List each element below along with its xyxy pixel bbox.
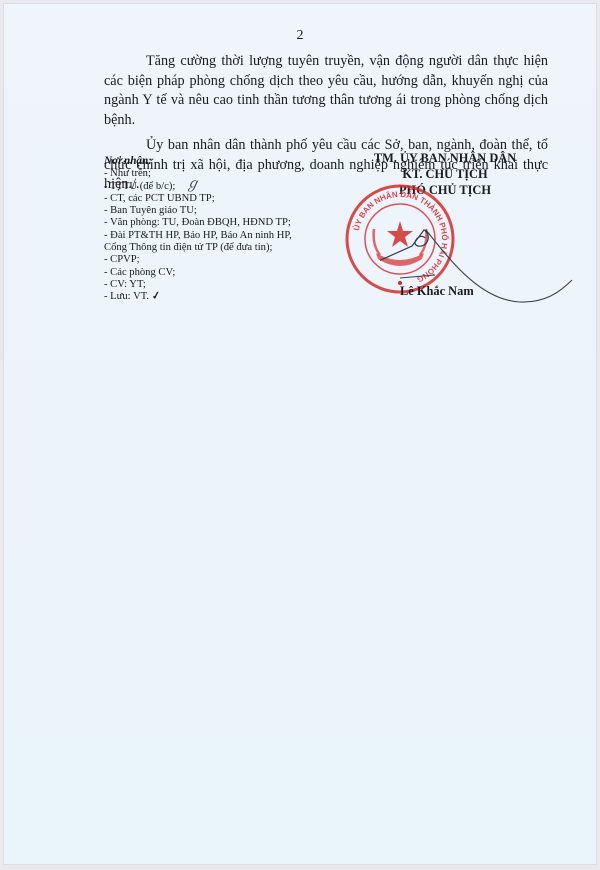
recipient-item: - Ban Tuyên giáo TU;: [104, 205, 334, 217]
signer-name: Lê Khắc Nam: [400, 284, 500, 299]
recipient-item: - Như trên;: [104, 168, 334, 180]
recipient-item: - Lưu: VT.✓: [104, 291, 334, 303]
recipients-block: Nơi nhận: - Như trên; - TTTU (để b/c); -…: [104, 155, 334, 304]
recipient-item: - Các phòng CV;: [104, 267, 334, 279]
recipient-item: Cổng Thông tin điện tử TP (để đưa tin);: [104, 242, 334, 254]
recipient-item-text: - Lưu: VT.: [104, 291, 149, 302]
checkmark-icon: ✓: [151, 291, 162, 305]
recipients-heading: Nơi nhận:: [104, 155, 334, 167]
recipient-item: - CV: YT;: [104, 279, 334, 291]
recipient-item: - CT, các PCT UBND TP;: [104, 193, 334, 205]
paragraph-propaganda: Tăng cường thời lượng tuyên truyền, vận …: [104, 52, 548, 130]
recipient-item: - Đài PT&TH HP, Báo HP, Báo An ninh HP,: [104, 230, 334, 242]
recipient-item: - Văn phòng: TU, Đoàn ĐBQH, HĐND TP;: [104, 217, 334, 229]
recipients-list: - Như trên; - TTTU (để b/c); - CT, các P…: [104, 168, 334, 303]
page-number: 2: [0, 28, 600, 44]
recipient-item: - CPVP;: [104, 254, 334, 266]
signature-line-1: TM. ỦY BAN NHÂN DÂN: [345, 150, 545, 166]
recipient-item: - TTTU (để b/c);: [104, 181, 334, 193]
signature-line-2: KT. CHỦ TỊCH: [345, 166, 545, 182]
